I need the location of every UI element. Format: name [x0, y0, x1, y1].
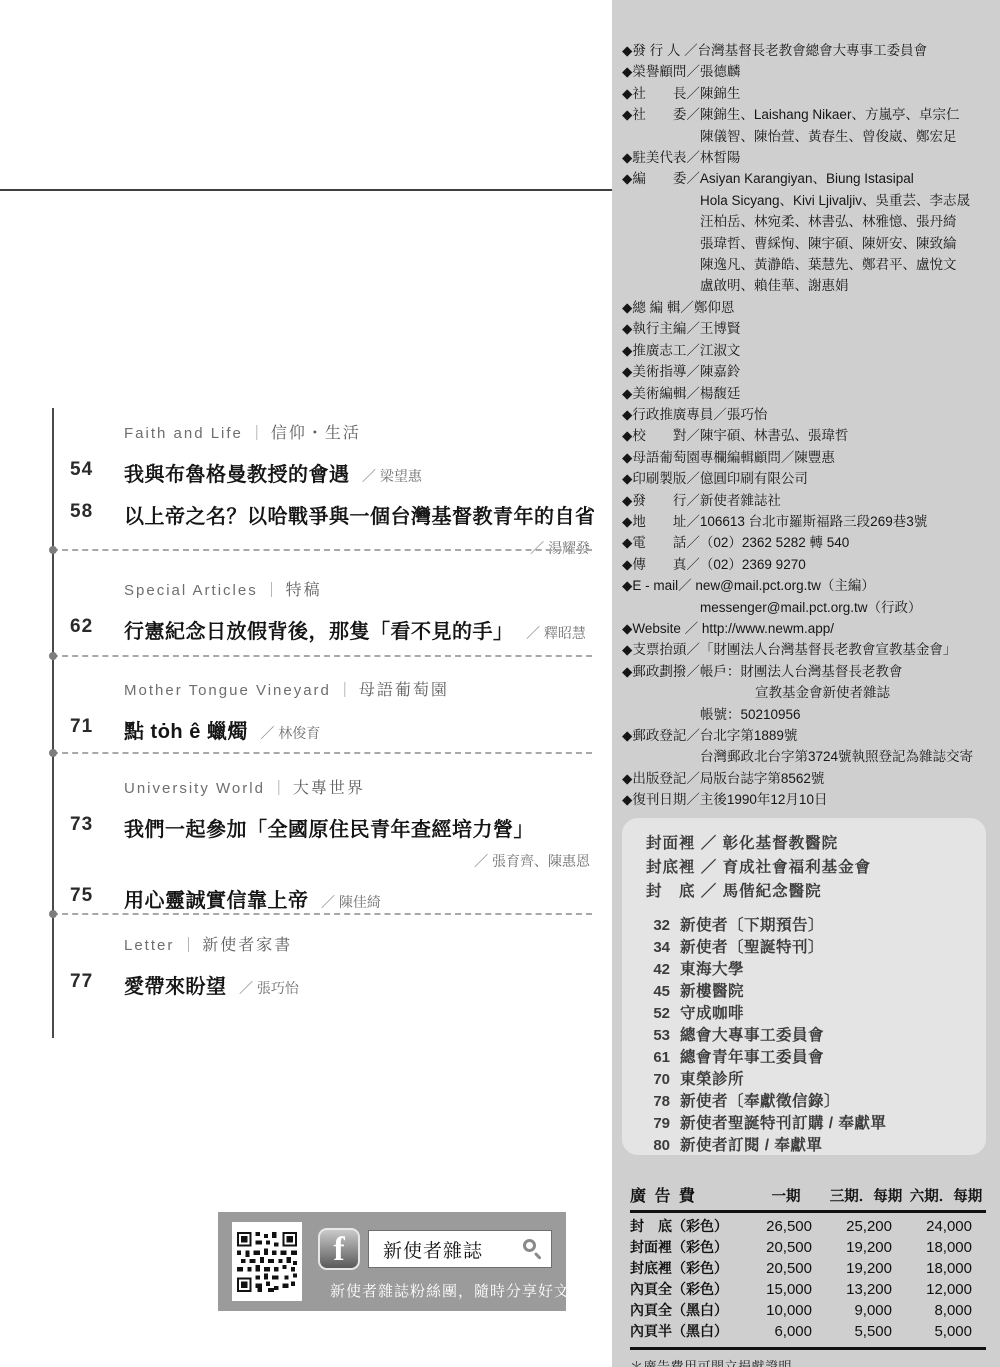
- toc-entry: 62 行憲紀念日放假背後，那隻「看不見的手」 ／ 釋昭慧: [0, 615, 592, 644]
- col-header-one-issue: 一期: [746, 1185, 826, 1206]
- masthead-line: ◆社 長／陳錦生: [622, 83, 990, 104]
- ad-rate-price-1: 10,000: [746, 1300, 826, 1321]
- advertiser-page: 79: [646, 1113, 670, 1135]
- ad-rate-row: 內頁全（黑白） 10,000 9,000 8,000: [630, 1300, 986, 1321]
- advertiser-label: 新樓醫院: [680, 983, 744, 1000]
- masthead-line: ◆行政推廣專員／張巧怡: [622, 404, 990, 425]
- advertiser-entry: 79新使者聖誕特刊訂購 / 奉獻單: [646, 1113, 986, 1135]
- section-title-en: Mother Tongue Vineyard: [124, 682, 331, 699]
- advertiser-entry: 61總會青年事工委員會: [646, 1047, 986, 1069]
- masthead-line: 張瑋哲、曹綵恂、陳宇碩、陳妍安、陳致綸: [622, 233, 990, 254]
- article-author-line: ／ 張育齊、陳惠恩: [124, 851, 592, 871]
- article-title: 我與布魯格曼教授的會遇: [124, 464, 350, 486]
- toc-entry: 75 用心靈誠實信靠上帝 ／ 陳佳綺: [0, 884, 592, 913]
- search-icon[interactable]: [523, 1239, 543, 1259]
- advertiser-page: 42: [646, 959, 670, 981]
- ad-rate-row: 封底裡（彩色） 20,500 19,200 18,000: [630, 1258, 986, 1279]
- article-title: 愛帶來盼望: [124, 976, 227, 998]
- advertiser-page: 78: [646, 1091, 670, 1113]
- advertiser-label: 新使者聖誕特刊訂購 / 奉獻單: [680, 1115, 886, 1132]
- advertiser-entry: 32新使者〔下期預告〕: [646, 915, 986, 937]
- masthead-line: ◆郵政劃撥／帳戶：財團法人台灣基督長老教會: [622, 661, 990, 682]
- advertiser-label: 新使者訂閱 / 奉獻單: [680, 1137, 822, 1154]
- advertiser-entry: 34新使者〔聖誕特刊〕: [646, 937, 986, 959]
- masthead-line: 陳儀智、陳怡萱、黃春生、曾俊崴、鄭宏足: [622, 126, 990, 147]
- col-header-three-issues: 三期．每期: [826, 1185, 906, 1206]
- advertiser-page: 70: [646, 1069, 670, 1091]
- section-divider: [52, 913, 592, 915]
- advertiser-label: 新使者〔下期預告〕: [680, 917, 824, 934]
- section-title-zh: 大專世界: [293, 780, 365, 797]
- facebook-icon: f: [318, 1228, 360, 1270]
- ad-rate-row: 內頁全（彩色） 15,000 13,200 12,000: [630, 1279, 986, 1300]
- section-header: University World ｜ 大專世界: [0, 775, 592, 798]
- advertiser-entry: 42東海大學: [646, 959, 986, 981]
- ad-rate-price-3: 25,200: [826, 1216, 906, 1237]
- masthead-line: ◆榮譽顧問／張德麟: [622, 61, 990, 82]
- advertiser-label: 總會青年事工委員會: [680, 1049, 824, 1066]
- article-author: ／ 陳佳綺: [321, 894, 381, 910]
- article-author: ／ 釋昭慧: [526, 625, 586, 641]
- advertiser-label: 東榮診所: [680, 1071, 744, 1088]
- section-title-zh: 新使者家書: [202, 937, 292, 954]
- ad-rate-price-3: 19,200: [826, 1237, 906, 1258]
- toc-section-university-world: University World ｜ 大專世界 73 我們一起參加「全國原住民青…: [0, 775, 592, 926]
- masthead-line: ◆支票抬頭／「財團法人台灣基督長老教會宣教基金會」: [622, 639, 990, 660]
- qr-code: [232, 1222, 302, 1301]
- advertiser-entry: 52守成咖啡: [646, 1003, 986, 1025]
- section-title-en: Faith and Life: [124, 425, 243, 442]
- masthead-line: 宣教基金會新使者雜誌: [622, 682, 990, 703]
- toc-section-special-articles: Special Articles ｜ 特稿 62 行憲紀念日放假背後，那隻「看不…: [0, 577, 592, 657]
- ad-rate-price-3: 5,500: [826, 1321, 906, 1342]
- advertiser-page: 45: [646, 981, 670, 1003]
- advertiser-index-box: 封面裡 ／ 彰化基督教醫院 封底裡 ／ 育成社會福利基金會 封 底 ／ 馬偕紀念…: [622, 818, 986, 1155]
- cover-ad-line: 封底裡 ／ 育成社會福利基金會: [646, 856, 986, 880]
- table-of-contents: Faith and Life ｜ 信仰・生活 54 我與布魯格曼教授的會遇 ／ …: [0, 408, 600, 1068]
- ad-rate-label: 內頁全（彩色）: [630, 1279, 746, 1300]
- advertiser-label: 新使者〔奉獻徵信錄〕: [680, 1093, 840, 1110]
- advertiser-page: 32: [646, 915, 670, 937]
- article-title: 行憲紀念日放假背後，那隻「看不見的手」: [124, 621, 514, 643]
- ad-rate-price-1: 15,000: [746, 1279, 826, 1300]
- advertiser-page: 52: [646, 1003, 670, 1025]
- section-divider: [52, 752, 592, 754]
- advertiser-page: 80: [646, 1135, 670, 1157]
- ad-rate-price-6: 24,000: [906, 1216, 986, 1237]
- article-author-line: ／ 湯耀發: [124, 538, 592, 558]
- section-title-zh: 信仰・生活: [271, 425, 361, 442]
- masthead-line: 帳號：50210956: [622, 704, 990, 725]
- cover-ad-list: 封面裡 ／ 彰化基督教醫院 封底裡 ／ 育成社會福利基金會 封 底 ／ 馬偕紀念…: [646, 832, 986, 904]
- ad-rate-price-6: 5,000: [906, 1321, 986, 1342]
- masthead-line: ◆母語葡萄園專欄編輯顧問／陳豐惠: [622, 447, 990, 468]
- section-header: Special Articles ｜ 特稿: [0, 577, 592, 600]
- page-number: 77: [70, 971, 93, 993]
- ad-rate-label: 內頁半（黑白）: [630, 1321, 746, 1342]
- masthead-line: ◆出版登記／局版台誌字第8562號: [622, 768, 990, 789]
- masthead-line: messenger@mail.pct.org.tw（行政）: [622, 597, 990, 618]
- advertiser-page: 53: [646, 1025, 670, 1047]
- masthead-line: ◆Website ／ http://www.newm.app/: [622, 618, 990, 639]
- facebook-banner: f 新使者雜誌 新使者雜誌粉絲團，隨時分享好文: [218, 1212, 566, 1311]
- advertiser-entry: 70東榮診所: [646, 1069, 986, 1091]
- advertiser-entry: 45新樓醫院: [646, 981, 986, 1003]
- masthead-line: ◆校 對／陳宇碩、林書弘、張瑋哲: [622, 425, 990, 446]
- ad-rate-label: 封面裡（彩色）: [630, 1237, 746, 1258]
- masthead-line: ◆美術編輯／楊馥廷: [622, 383, 990, 404]
- section-divider-bar: ｜: [262, 582, 281, 599]
- advertiser-label: 總會大專事工委員會: [680, 1027, 824, 1044]
- ad-rates-table: 廣 告 費 一期 三期．每期 六期．每期 封 底（彩色） 26,500 25,2…: [630, 1183, 986, 1367]
- section-divider-bar: ｜: [179, 937, 198, 954]
- article-title: 我們一起參加「全國原住民青年查經培力營」: [124, 819, 534, 841]
- advertiser-label: 守成咖啡: [680, 1005, 744, 1022]
- section-divider: [52, 549, 592, 551]
- masthead-line: ◆駐美代表／林皙陽: [622, 147, 990, 168]
- section-title-en: Special Articles: [124, 582, 258, 599]
- section-divider-bar: ｜: [269, 780, 288, 797]
- toc-entry: 77 愛帶來盼望 ／ 張巧怡: [0, 970, 592, 999]
- qr-code-pattern: [237, 1232, 297, 1292]
- section-title-en: University World: [124, 780, 265, 797]
- article-title: 以上帝之名？以哈戰爭與一個台灣基督教青年的自省: [124, 506, 596, 528]
- page-number: 71: [70, 716, 93, 738]
- cover-ad-line: 封 底 ／ 馬偕紀念醫院: [646, 880, 986, 904]
- masthead-line: ◆復刊日期／主後1990年12月10日: [622, 789, 990, 810]
- ad-rate-price-1: 20,500: [746, 1258, 826, 1279]
- section-header: Letter ｜ 新使者家書: [0, 932, 592, 955]
- ad-rate-price-1: 26,500: [746, 1216, 826, 1237]
- ad-rate-label: 封 底（彩色）: [630, 1216, 746, 1237]
- masthead-column: ◆發 行 人 ／台灣基督長老教會總會大專事工委員會 ◆榮譽顧問／張德麟 ◆社 長…: [612, 0, 1000, 1367]
- facebook-search-text[interactable]: 新使者雜誌: [383, 1236, 523, 1263]
- article-title: 點 tȯh ê 蠟燭: [124, 721, 248, 743]
- advertiser-label: 東海大學: [680, 961, 744, 978]
- article-author: ／ 張巧怡: [239, 980, 299, 996]
- masthead-line: 台灣郵政北台字第3724號執照登記為雜誌交寄: [622, 746, 990, 767]
- advertiser-label: 新使者〔聖誕特刊〕: [680, 939, 824, 956]
- masthead-line: ◆總 編 輯／鄭仰恩: [622, 297, 990, 318]
- ad-rate-price-6: 18,000: [906, 1258, 986, 1279]
- ad-rate-price-6: 8,000: [906, 1300, 986, 1321]
- masthead-line: ◆傳 真／（02）2369 9270: [622, 554, 990, 575]
- ad-rate-row: 封面裡（彩色） 20,500 19,200 18,000: [630, 1237, 986, 1258]
- ad-rates-title: 廣 告 費: [630, 1183, 746, 1206]
- toc-entry: 54 我與布魯格曼教授的會遇 ／ 梁望惠: [0, 458, 592, 487]
- section-title-zh: 母語葡萄園: [359, 682, 449, 699]
- ad-note: ＊廣告費用可開立捐獻證明。: [630, 1356, 986, 1367]
- ad-rate-price-1: 20,500: [746, 1237, 826, 1258]
- advertiser-page: 61: [646, 1047, 670, 1069]
- masthead-line: ◆美術指導／陳嘉鈴: [622, 361, 990, 382]
- masthead-line: ◆郵政登記／台北字第1889號: [622, 725, 990, 746]
- page-number: 54: [70, 459, 93, 481]
- ad-rate-price-3: 13,200: [826, 1279, 906, 1300]
- facebook-caption: 新使者雜誌粉絲團，隨時分享好文: [330, 1280, 570, 1301]
- masthead-line: ◆執行主編／王博賢: [622, 318, 990, 339]
- masthead-line: 汪柏岳、林宛柔、林書弘、林雅憶、張丹綺: [622, 211, 990, 232]
- masthead-line: ◆編 委／Asiyan Karangiyan、Biung Istasipal: [622, 168, 990, 189]
- page-number: 58: [70, 501, 93, 523]
- ad-rate-price-1: 6,000: [746, 1321, 826, 1342]
- section-header: Mother Tongue Vineyard ｜ 母語葡萄園: [0, 677, 592, 700]
- facebook-search-box[interactable]: 新使者雜誌: [368, 1230, 552, 1268]
- masthead-line: 盧啟明、賴佳華、謝惠娟: [622, 275, 990, 296]
- ad-rate-label: 內頁全（黑白）: [630, 1300, 746, 1321]
- page-number: 73: [70, 814, 93, 836]
- masthead-line: ◆社 委／陳錦生、Laishang Nikaer、方嵐亭、卓宗仁: [622, 104, 990, 125]
- ad-rates-rows: 封 底（彩色） 26,500 25,200 24,000 封面裡（彩色） 20,…: [630, 1213, 986, 1350]
- masthead-line: Hola Sicyang、Kivi Ljivaljiv、吳重芸、李志晟: [622, 190, 990, 211]
- masthead-line: ◆推廣志工／江淑文: [622, 340, 990, 361]
- advertiser-entry: 53總會大專事工委員會: [646, 1025, 986, 1047]
- masthead-line: 陳逸凡、黃瀞皓、葉慧先、鄭君平、盧悅文: [622, 254, 990, 275]
- section-header: Faith and Life ｜ 信仰・生活: [0, 420, 592, 443]
- masthead-line: ◆E - mail／ new@mail.pct.org.tw（主編）: [622, 575, 990, 596]
- advertiser-page: 34: [646, 937, 670, 959]
- toc-entry: 73 我們一起參加「全國原住民青年查經培力營」 ／ 張育齊、陳惠恩: [0, 813, 592, 871]
- article-title: 用心靈誠實信靠上帝: [124, 890, 309, 912]
- advertiser-list: 32新使者〔下期預告〕 34新使者〔聖誕特刊〕 42東海大學 45新樓醫院 52…: [646, 915, 986, 1157]
- section-divider-bar: ｜: [335, 682, 354, 699]
- masthead-line: ◆發 行 人 ／台灣基督長老教會總會大專事工委員會: [622, 40, 990, 61]
- section-divider: [52, 655, 592, 657]
- ad-rate-price-6: 18,000: [906, 1237, 986, 1258]
- advertiser-entry: 78新使者〔奉獻徵信錄〕: [646, 1091, 986, 1113]
- masthead: ◆發 行 人 ／台灣基督長老教會總會大專事工委員會 ◆榮譽顧問／張德麟 ◆社 長…: [612, 0, 1000, 811]
- advertiser-entry: 80新使者訂閱 / 奉獻單: [646, 1135, 986, 1157]
- ad-rate-label: 封底裡（彩色）: [630, 1258, 746, 1279]
- page-number: 62: [70, 616, 93, 638]
- cover-ad-line: 封面裡 ／ 彰化基督教醫院: [646, 832, 986, 856]
- toc-entry: 71 點 tȯh ê 蠟燭 ／ 林俊育: [0, 715, 592, 744]
- toc-section-letter: Letter ｜ 新使者家書 77 愛帶來盼望 ／ 張巧怡: [0, 932, 592, 1012]
- ad-rate-price-3: 19,200: [826, 1258, 906, 1279]
- magazine-toc-page: { "ui": { "bar": "｜" }, "toc": { "sectio…: [0, 0, 1000, 1367]
- top-horizontal-rule: [0, 189, 612, 191]
- section-title-en: Letter: [124, 937, 174, 954]
- article-author: ／ 梁望惠: [362, 468, 422, 484]
- toc-section-mother-tongue: Mother Tongue Vineyard ｜ 母語葡萄園 71 點 tȯh …: [0, 677, 592, 757]
- ad-rates-header: 廣 告 費 一期 三期．每期 六期．每期: [630, 1183, 986, 1213]
- article-author: ／ 林俊育: [260, 725, 320, 741]
- masthead-line: ◆發 行／新使者雜誌社: [622, 490, 990, 511]
- section-title-zh: 特稿: [286, 582, 322, 599]
- ad-rate-row: 內頁半（黑白） 6,000 5,500 5,000: [630, 1321, 986, 1342]
- ad-rate-price-3: 9,000: [826, 1300, 906, 1321]
- masthead-line: ◆電 話／（02）2362 5282 轉 540: [622, 532, 990, 553]
- ad-rate-row: 封 底（彩色） 26,500 25,200 24,000: [630, 1216, 986, 1237]
- masthead-line: ◆印刷製版／億圓印刷有限公司: [622, 468, 990, 489]
- page-number: 75: [70, 885, 93, 907]
- col-header-six-issues: 六期．每期: [906, 1185, 986, 1206]
- ad-rate-price-6: 12,000: [906, 1279, 986, 1300]
- section-divider-bar: ｜: [247, 425, 266, 442]
- masthead-line: ◆地 址／106613 台北市羅斯福路三段269巷3號: [622, 511, 990, 532]
